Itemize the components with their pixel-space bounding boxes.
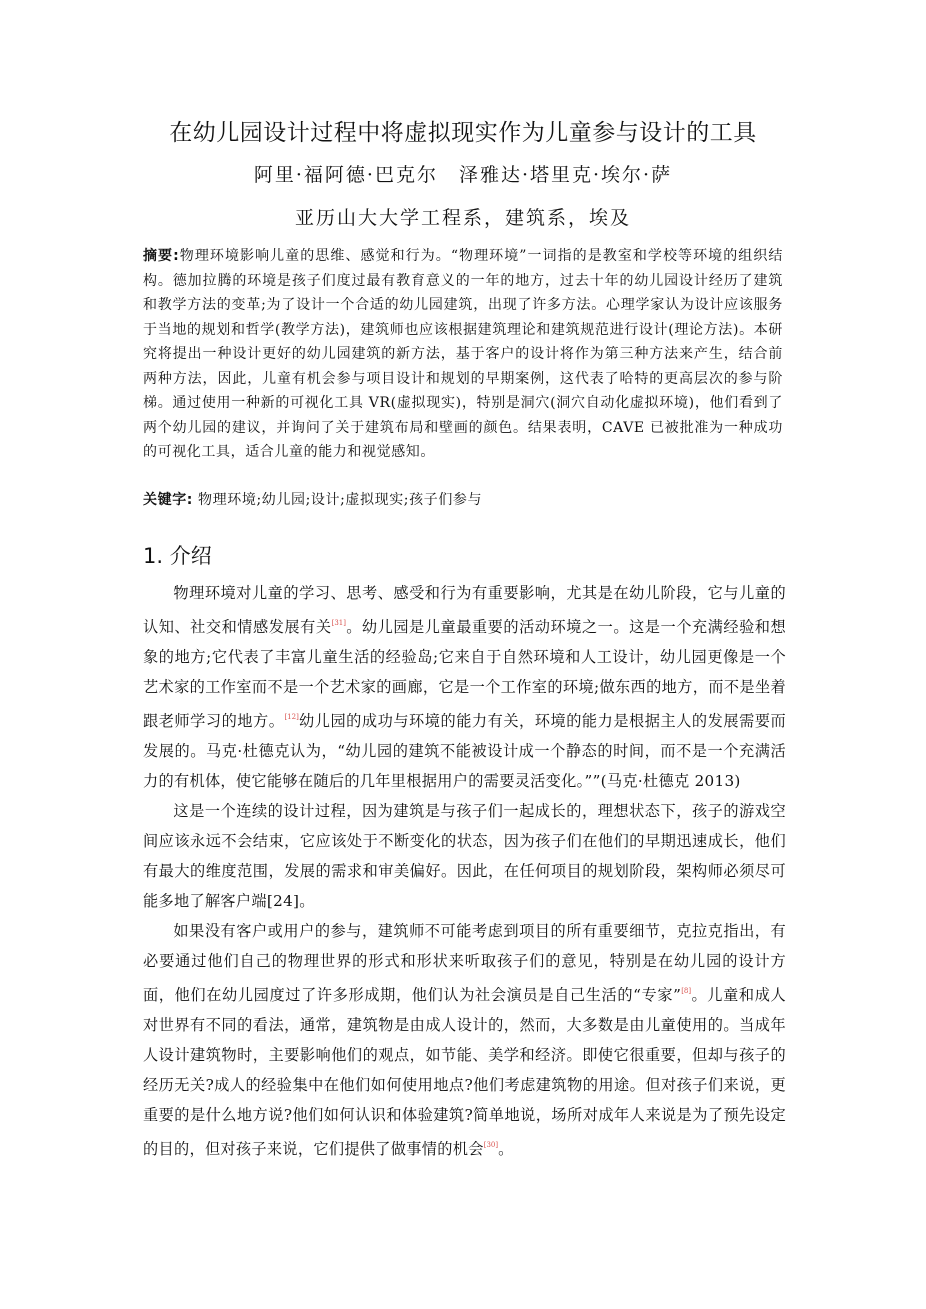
paper-authors: 阿里·福阿德·巴克尔 泽雅达·塔里克·埃尔·萨 [0,160,926,187]
citation-link[interactable]: [12] [284,713,298,721]
keywords-label: 关键字: [143,492,193,508]
paragraph-1: 物理环境对儿童的学习、思考、感受和行为有重要影响，尤其是在幼儿阶段，它与儿童的认… [143,578,786,796]
citation-link[interactable]: [30] [484,1141,498,1149]
keywords-text: 物理环境;幼儿园;设计;虚拟现实;孩子们参与 [193,492,482,508]
abstract-label: 摘要: [143,248,179,264]
paragraph-text: 。 [498,1140,514,1158]
citation-link[interactable]: [8] [681,987,691,995]
paragraph-3: 如果没有客户或用户的参与，建筑师不可能考虑到项目的所有重要细节，克拉克指出，有必… [143,916,786,1164]
section-body: 物理环境对儿童的学习、思考、感受和行为有重要影响，尤其是在幼儿阶段，它与儿童的认… [143,578,786,1164]
keywords: 关键字: 物理环境;幼儿园;设计;虚拟现实;孩子们参与 [143,488,783,512]
paper-affiliation: 亚历山大大学工程系，建筑系，埃及 [0,203,926,230]
abstract: 摘要:物理环境影响儿童的思维、感觉和行为。“物理环境”一词指的是教室和学校等环境… [143,244,783,465]
section-heading: 1. 介绍 [143,540,212,570]
abstract-text: 物理环境影响儿童的思维、感觉和行为。“物理环境”一词指的是教室和学校等环境的组织… [143,248,783,460]
paragraph-text: 。儿童和成人对世界有不同的看法，通常，建筑物是由成人设计的，然而，大多数是由儿童… [143,986,786,1158]
paper-title: 在幼儿园设计过程中将虚拟现实作为儿童参与设计的工具 [0,114,926,147]
paragraph-2: 这是一个连续的设计过程，因为建筑是与孩子们一起成长的，理想状态下，孩子的游戏空间… [143,796,786,916]
paper-page: 在幼儿园设计过程中将虚拟现实作为儿童参与设计的工具 阿里·福阿德·巴克尔 泽雅达… [0,0,926,1309]
citation-link[interactable]: [31] [332,619,346,627]
